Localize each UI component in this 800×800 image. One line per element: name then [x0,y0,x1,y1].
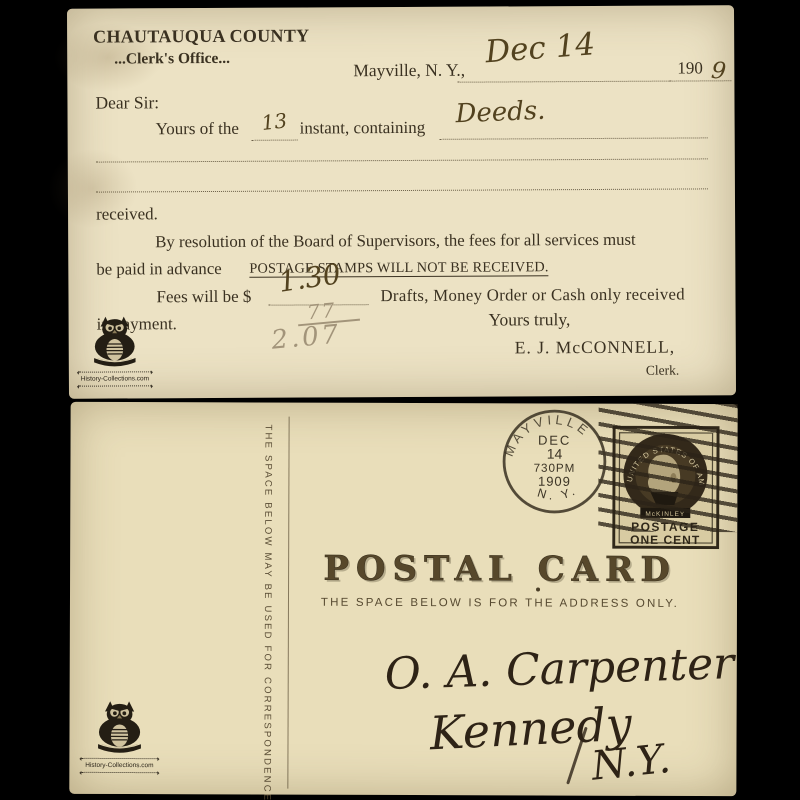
office-subheading: ...Clerk's Office... [114,50,230,68]
title-separator-dot [536,587,540,591]
address-recipient-name: O. A. Carpenter [384,638,735,700]
year-printed: 190 [677,59,703,79]
blank-dotted-line [96,161,708,192]
yours-truly: Yours truly, [489,309,571,330]
year-field: 190 9 [669,33,731,81]
clerk-name: E. J. McCONNELL, [515,337,675,358]
address-state: N.Y. [589,736,672,790]
collector-watermark: History-Collections.com [75,313,155,388]
handwritten-date: Dec 14 [484,26,596,70]
owl-logo-icon [89,698,149,756]
postmark: MAYVILLE DEC 14 730PM 1909 N. Y. [498,405,610,517]
pencil-number-bottom: 2.07 [270,319,342,355]
stamp-denomination-text: ONE CENT [630,533,700,547]
resolution-line2: be paid in advance [96,259,221,279]
fees-label: Fees will be $ [156,287,251,307]
handwritten-day: 13 [260,108,288,135]
date-line-field: Dec 14 [457,34,669,83]
bottom-card-back: THE SPACE BELOW MAY BE USED FOR CORRESPO… [69,402,737,796]
cancellation-bars [598,404,737,532]
correspondence-side-note: THE SPACE BELOW MAY BE USED FOR CORRESPO… [261,425,273,787]
owl-logo-icon [86,313,144,369]
clerk-title: Clerk. [646,363,679,379]
pencil-calculation: 77 2.07 [266,295,371,364]
postal-card-title: POSTAL CARD [295,549,705,590]
correspondence-divider-line [287,417,289,789]
address-only-notice: THE SPACE BELOW IS FOR THE ADDRESS ONLY. [295,597,705,610]
place-label: Mayville, N. Y., [353,60,465,81]
resolution-line1: By resolution of the Board of Supervisor… [155,230,636,252]
handwritten-contents: Deeds. [455,96,546,130]
blank-dotted-line [96,132,708,162]
photo-background: CHAUTAUQUA COUNTY ...Clerk's Office... M… [0,0,800,800]
watermark-arrow-line [75,383,155,388]
watermark-text: History-Collections.com [75,374,155,383]
handwritten-year-digit: 9 [710,58,727,85]
received-label: received. [96,204,158,224]
salutation: Dear Sir: [95,92,159,112]
watermark-arrow-line [77,770,161,775]
watermark-text: History-Collections.com [77,761,161,770]
collector-watermark: History-Collections.com [77,698,161,775]
postmark-day: 14 [547,446,563,462]
top-card-front: CHAUTAUQUA COUNTY ...Clerk's Office... M… [67,5,736,398]
drafts-label: Drafts, Money Order or Cash only receive… [380,285,685,306]
county-heading: CHAUTAUQUA COUNTY [93,25,309,47]
